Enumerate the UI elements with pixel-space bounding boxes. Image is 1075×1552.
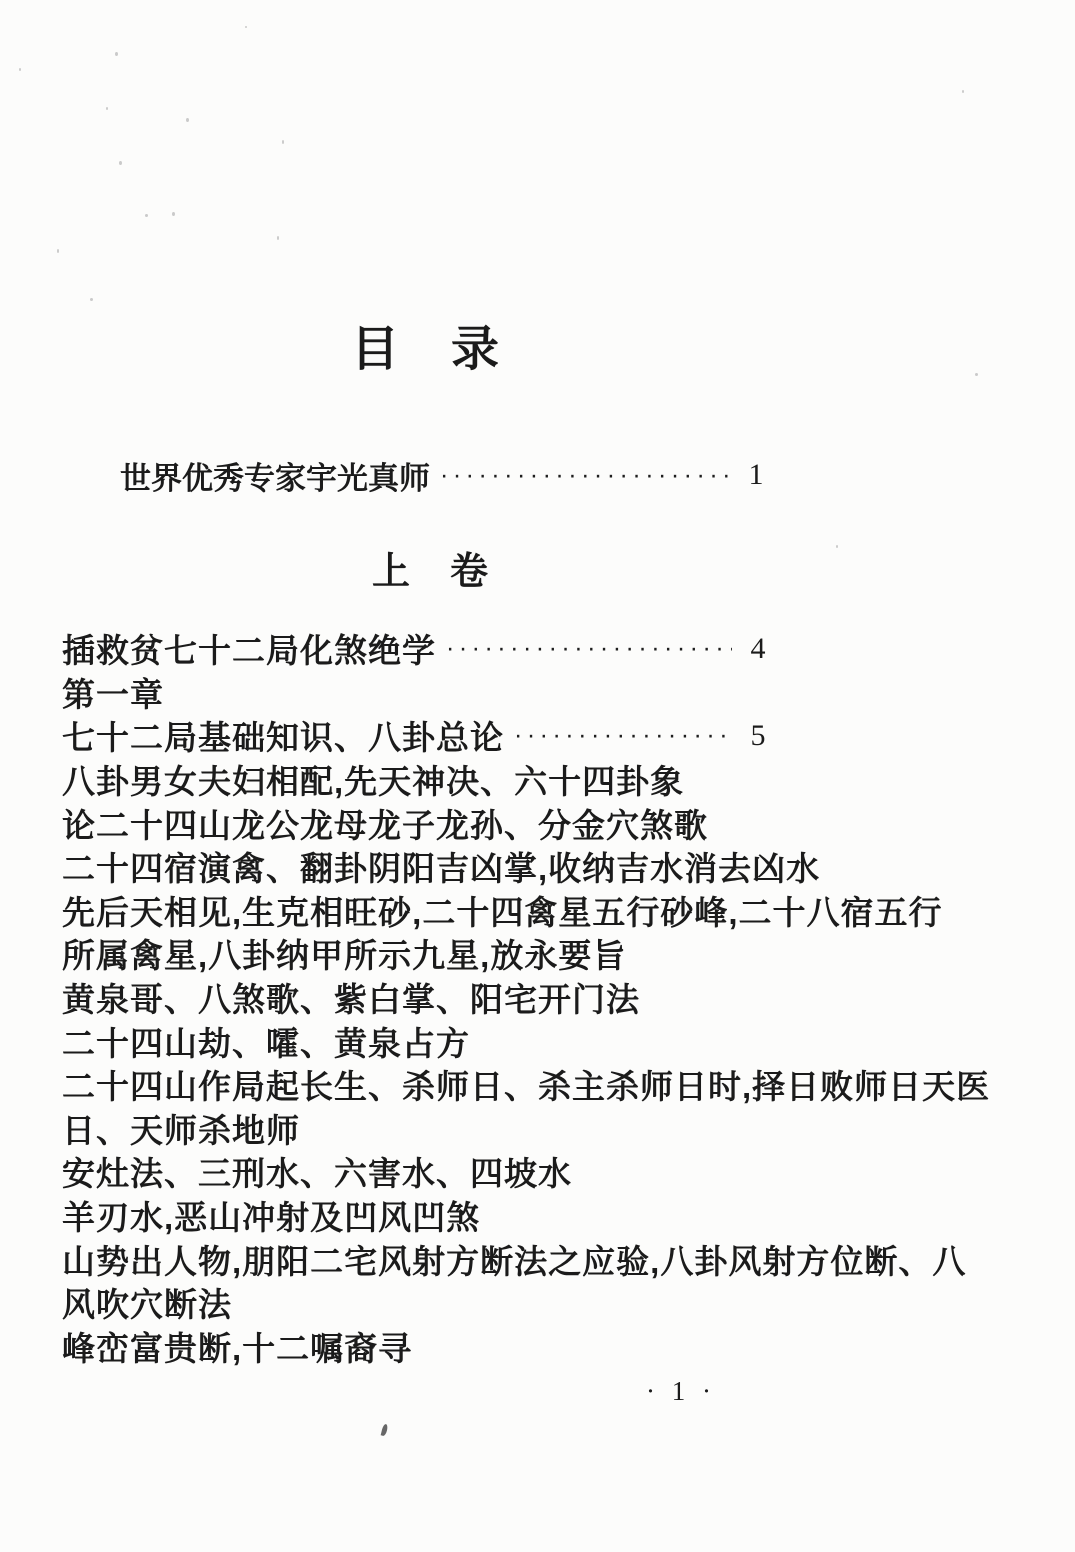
dotted-leader: ········································…	[430, 463, 730, 488]
scan-speckle	[975, 373, 978, 376]
toc-entry-text: 二十四山作局起长生、杀师日、杀主杀师日时,择日败师日天医	[62, 1061, 990, 1108]
toc-entry: 安灶法、三刑水、六害水、四坡水	[62, 1150, 1075, 1194]
toc-entry-text: 风吹穴断法	[62, 1279, 232, 1326]
scan-speckle	[277, 236, 279, 240]
toc-entry-text: 七十二局基础知识、八卦总论	[62, 712, 504, 759]
toc-entry: 论二十四山龙公龙母龙子龙孙、分金穴煞歌	[62, 801, 1075, 845]
toc-entry-text: 插救贫七十二局化煞绝学	[62, 625, 436, 672]
scan-speckle	[19, 68, 21, 71]
toc-list: 插救贫七十二局化煞绝学 ····························…	[62, 627, 1075, 1368]
toc-entry-text: 世界优秀专家宇光真师	[120, 453, 430, 498]
page-number: 4	[732, 632, 784, 666]
chapter-heading: 第一章	[62, 671, 1075, 715]
toc-entry-text: 黄泉哥、八煞歌、紫白掌、阳宅开门法	[62, 974, 640, 1021]
scan-speckle	[962, 90, 964, 93]
toc-entry-continuation: 日、天师杀地师	[62, 1107, 1075, 1151]
toc-entry: 世界优秀专家宇光真师 ·····························…	[120, 453, 782, 497]
toc-entry-text: 羊刃水,恶山冲射及凹风凹煞	[62, 1192, 480, 1239]
toc-entry: 羊刃水,恶山冲射及凹风凹煞	[62, 1194, 1075, 1238]
toc-entry: 先后天相见,生克相旺砂,二十四禽星五行砂峰,二十八宿五行	[62, 889, 1075, 933]
toc-entry-continuation: 所属禽星,八卦纳甲所示九星,放永要旨	[62, 932, 1075, 976]
scan-speckle	[115, 52, 118, 56]
toc-entry-text: 山势出人物,朋阳二宅风射方断法之应验,八卦风射方位断、八	[62, 1236, 966, 1283]
toc-entry: 二十四山作局起长生、杀师日、杀主杀师日时,择日败师日天医	[62, 1063, 1075, 1107]
toc-entry-text: 峰峦富贵断,十二嘱裔寻	[62, 1323, 412, 1370]
page-number: 5	[732, 719, 784, 753]
dotted-leader: ········································…	[504, 723, 732, 748]
toc-entry-text: 二十四宿演禽、翻卦阴阳吉凶掌,收纳吉水消去凶水	[62, 843, 820, 890]
toc-entry-text: 二十四山劫、嚯、黄泉占方	[62, 1018, 470, 1065]
scan-speckle	[245, 26, 247, 28]
toc-entry: 八卦男女夫妇相配,先天神决、六十四卦象	[62, 758, 1075, 802]
page-content: 目 录 世界优秀专家宇光真师 ·························…	[62, 0, 1075, 1368]
volume-heading: 上 卷	[372, 549, 489, 595]
dotted-leader: ········································…	[436, 636, 732, 661]
page-title: 目 录	[351, 323, 501, 377]
scan-speckle	[172, 212, 175, 216]
toc-entry-text: 所属禽星,八卦纳甲所示九星,放永要旨	[62, 930, 626, 977]
toc-entry: 山势出人物,朋阳二宅风射方断法之应验,八卦风射方位断、八	[62, 1237, 1075, 1281]
toc-entry-continuation: 风吹穴断法	[62, 1281, 1075, 1325]
toc-entry: 二十四山劫、嚯、黄泉占方	[62, 1019, 1075, 1063]
toc-entry-text: 八卦男女夫妇相配,先天神决、六十四卦象	[62, 756, 684, 803]
scan-speckle	[119, 161, 122, 165]
scan-artifact-comma	[381, 1424, 389, 1437]
scan-speckle	[90, 298, 93, 301]
scan-speckle	[145, 214, 148, 217]
toc-entry: 黄泉哥、八煞歌、紫白掌、阳宅开门法	[62, 976, 1075, 1020]
toc-entry: 二十四宿演禽、翻卦阴阳吉凶掌,收纳吉水消去凶水	[62, 845, 1075, 889]
toc-entry: 峰峦富贵断,十二嘱裔寻	[62, 1325, 1075, 1369]
scanned-toc-page: 目 录 世界优秀专家宇光真师 ·························…	[0, 0, 1075, 1552]
toc-entry: 插救贫七十二局化煞绝学 ····························…	[62, 627, 784, 671]
page-number: 1	[730, 458, 782, 492]
scan-speckle	[57, 249, 59, 253]
scan-speckle	[186, 118, 189, 122]
scan-speckle	[282, 140, 284, 144]
footer-page-number: · 1 ·	[646, 1376, 716, 1407]
toc-entry: 七十二局基础知识、八卦总论 ··························…	[62, 714, 784, 758]
toc-entry-text: 第一章	[62, 669, 164, 716]
scan-speckle	[106, 107, 108, 110]
toc-entry-text: 论二十四山龙公龙母龙子龙孙、分金穴煞歌	[62, 800, 708, 847]
toc-entry-text: 先后天相见,生克相旺砂,二十四禽星五行砂峰,二十八宿五行	[62, 887, 943, 934]
scan-speckle	[836, 545, 838, 548]
toc-entry-text: 安灶法、三刑水、六害水、四坡水	[62, 1148, 572, 1195]
toc-entry-text: 日、天师杀地师	[62, 1105, 300, 1152]
